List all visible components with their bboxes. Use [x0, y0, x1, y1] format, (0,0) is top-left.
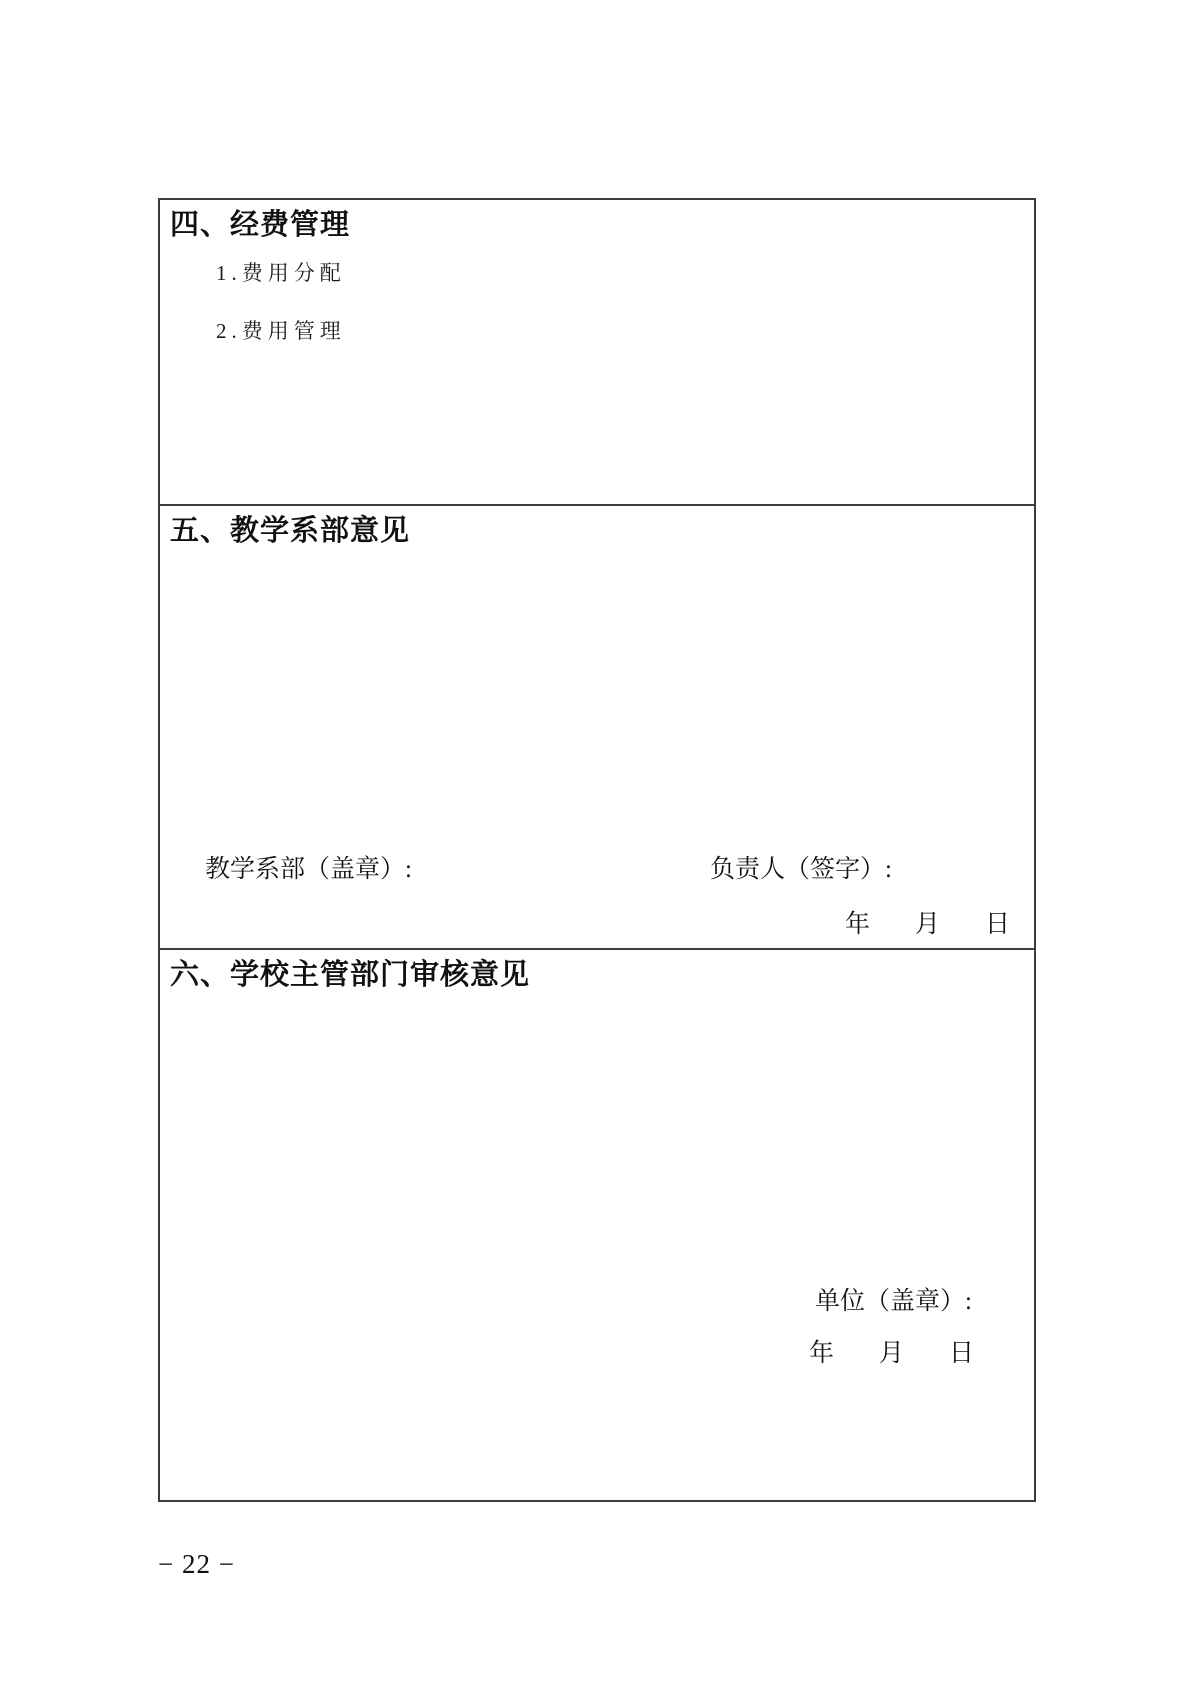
- funding-item-fee-allocation: 1.费用分配: [216, 260, 1034, 286]
- school-date-day-label: 日: [949, 1339, 974, 1369]
- school-date-month-label: 月: [879, 1339, 904, 1369]
- section-funding-management: 四、经费管理 1.费用分配 2.费用管理: [160, 206, 1034, 504]
- dept-date-year-label: 年: [845, 910, 870, 940]
- dept-date-day-label: 日: [985, 910, 1010, 940]
- school-date-line: 年 月 日: [809, 1339, 974, 1369]
- section-school-title: 六、学校主管部门审核意见: [170, 956, 1034, 994]
- dept-seal-label: 教学系部（盖章）:: [205, 855, 412, 885]
- dept-date-month-label: 月: [915, 910, 940, 940]
- page-number: − 22 −: [158, 1548, 235, 1580]
- section-funding-title: 四、经费管理: [170, 206, 1034, 244]
- form-table: 四、经费管理 1.费用分配 2.费用管理 五、教学系部意见 教学系部（盖章）: …: [158, 198, 1036, 1502]
- section-teaching-department-opinion: 五、教学系部意见 教学系部（盖章）: 负责人（签字）: 年 月 日: [160, 504, 1034, 948]
- dept-date-line: 年 月 日: [845, 910, 1010, 940]
- dept-responsible-signature-label: 负责人（签字）:: [710, 855, 892, 885]
- school-unit-seal-label: 单位（盖章）:: [815, 1287, 972, 1317]
- section-school-authority-review: 六、学校主管部门审核意见 单位（盖章）: 年 月 日: [160, 948, 1034, 1506]
- funding-item-fee-management: 2.费用管理: [216, 318, 1034, 344]
- section-dept-title: 五、教学系部意见: [170, 512, 1034, 550]
- school-date-year-label: 年: [809, 1339, 834, 1369]
